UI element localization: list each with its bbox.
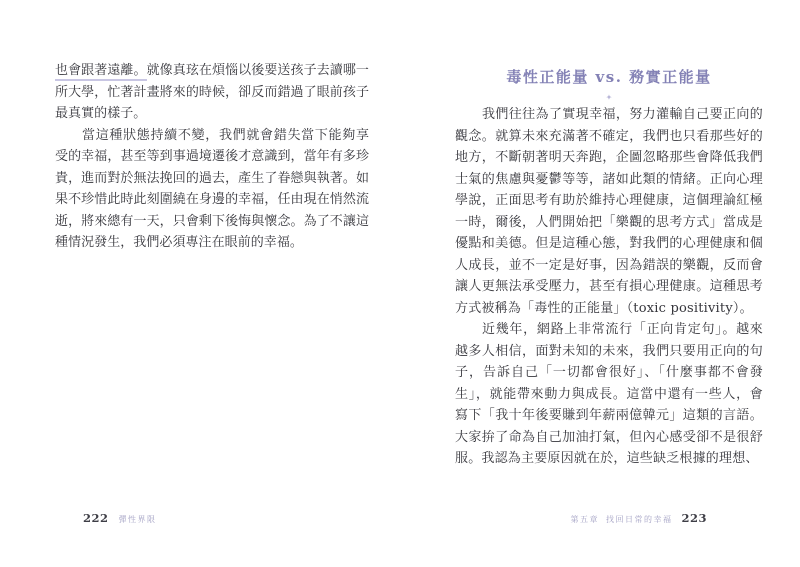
- paragraph: 我們往往為了實現幸福，努力灌輸自己要正向的觀念。就算未來充滿著不確定，我們也只看…: [455, 104, 763, 319]
- paragraph: 近幾年，網路上非常流行「正向肯定句」。越來越多人相信，面對未知的未來，我們只要用…: [455, 319, 763, 470]
- paragraph: 當這種狀態持續不變，我們就會錯失當下能夠享受的幸福，甚至等到事過境遷後才意識到，…: [55, 125, 369, 254]
- paragraph-continuation: 也會跟著遠離。就像真玹在煩惱以後要送孩子去讀哪一所大學，忙著計畫將來的時候，卻反…: [55, 60, 369, 125]
- book-running-title: 彈性界限: [119, 514, 157, 525]
- right-text-block: 我們往往為了實現幸福，努力灌輸自己要正向的觀念。就算未來充滿著不確定，我們也只看…: [455, 104, 763, 470]
- right-page-footer: 第五章 找回日常的幸福 223: [570, 511, 707, 525]
- ornament-star-icon: ✦: [455, 93, 763, 102]
- underlined-phrase: 也會跟著遠離。: [55, 63, 147, 81]
- page-number-right: 223: [681, 511, 707, 525]
- page-left: 也會跟著遠離。就像真玹在煩惱以後要送孩子去讀哪一所大學，忙著計畫將來的時候，卻反…: [0, 0, 400, 567]
- page-number-left: 222: [83, 511, 109, 525]
- section-title: 毒性正能量 vs. 務實正能量: [455, 66, 763, 87]
- page-right: 毒性正能量 vs. 務實正能量 ✦ 我們往往為了實現幸福，努力灌輸自己要正向的觀…: [400, 0, 800, 567]
- left-page-footer: 222 彈性界限: [83, 511, 157, 525]
- left-text-block: 也會跟著遠離。就像真玹在煩惱以後要送孩子去讀哪一所大學，忙著計畫將來的時候，卻反…: [55, 60, 369, 254]
- chapter-label: 第五章: [570, 514, 599, 525]
- book-spread: 也會跟著遠離。就像真玹在煩惱以後要送孩子去讀哪一所大學，忙著計畫將來的時候，卻反…: [0, 0, 800, 567]
- chapter-title: 找回日常的幸福: [606, 514, 673, 525]
